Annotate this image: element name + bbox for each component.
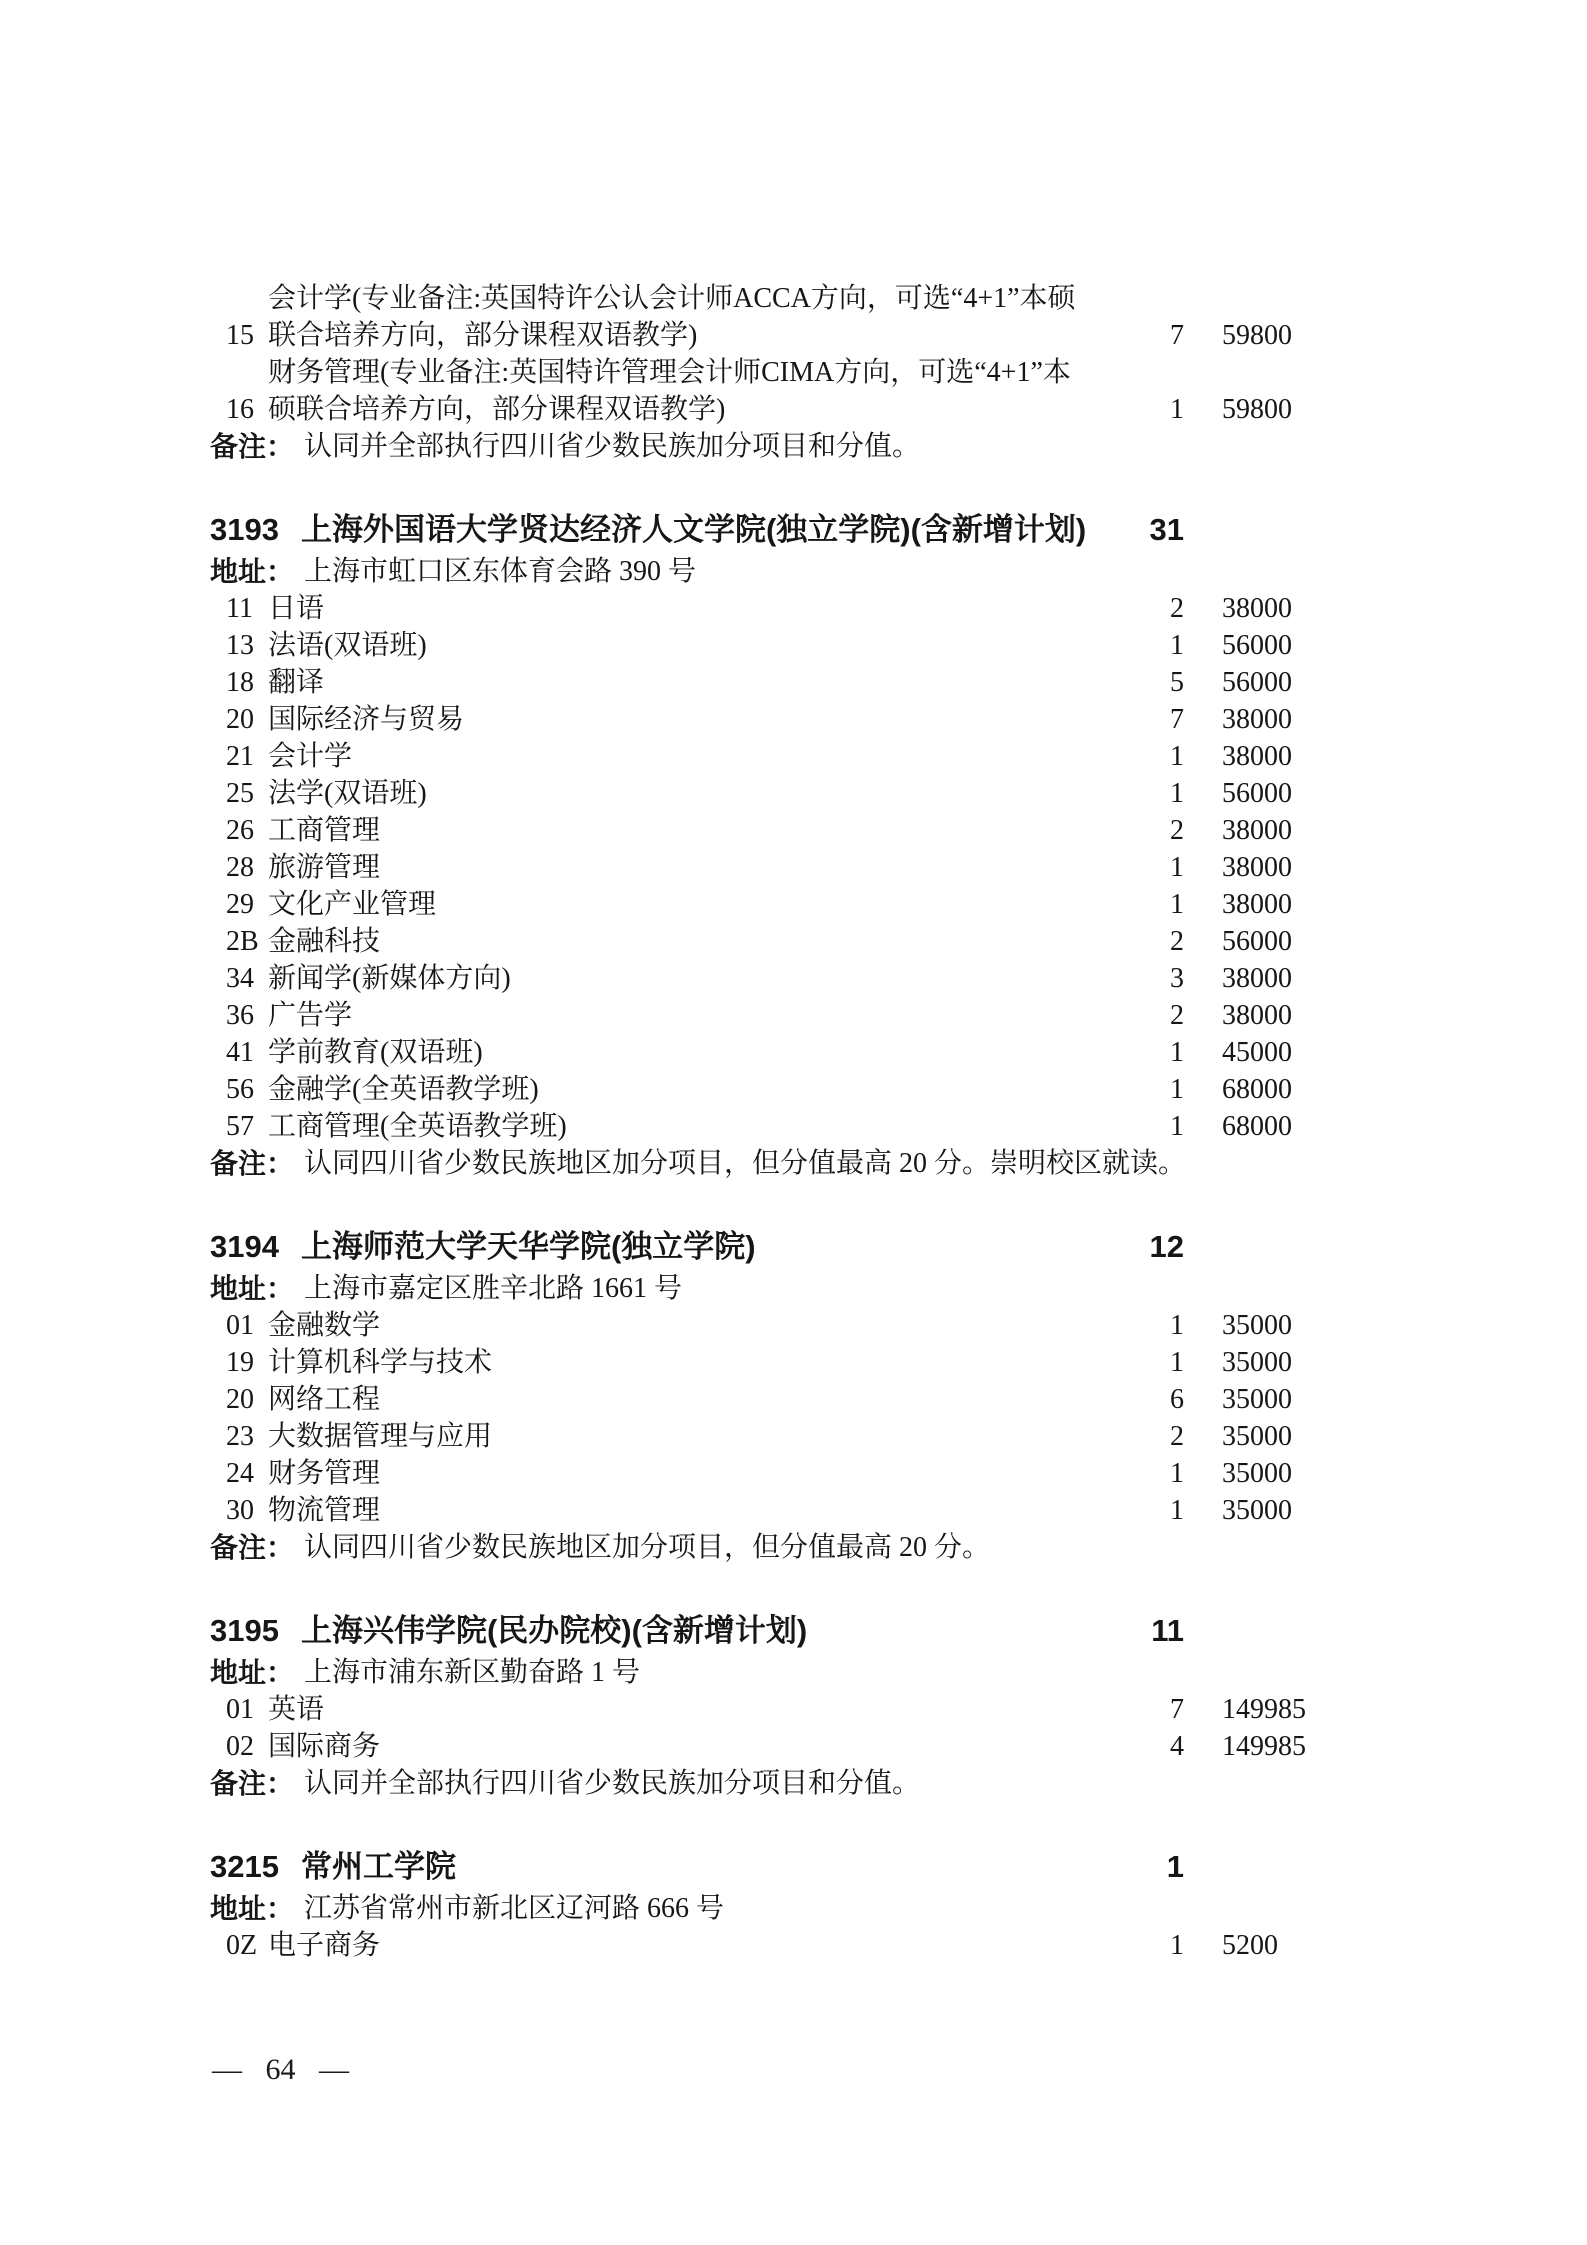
program-code: 26: [226, 812, 268, 849]
program-row: 36 广告学 2 38000: [210, 997, 1322, 1034]
program-name: 电子商务: [268, 1927, 1124, 1964]
program-plan-count: 1: [1124, 1034, 1184, 1071]
program-row: 02 国际商务 4 149985: [210, 1728, 1322, 1765]
program-tuition-fee: 35000: [1222, 1381, 1322, 1418]
page-footer: — 64 —: [212, 2052, 349, 2088]
program-code: 41: [226, 1034, 268, 1071]
section-note: 备注： 认同四川省少数民族地区加分项目，但分值最高 20 分。崇明校区就读。: [210, 1145, 1322, 1182]
address-text: 上海市嘉定区胜辛北路 1661 号: [304, 1270, 1322, 1307]
program-code: 02: [226, 1728, 268, 1765]
program-tuition-fee: 56000: [1222, 923, 1322, 960]
program-plan-count: 1: [1124, 1492, 1184, 1529]
program-code: 16: [226, 391, 268, 428]
program-code: 57: [226, 1108, 268, 1145]
program-plan-count: 2: [1124, 590, 1184, 627]
address-text: 上海市浦东新区勤奋路 1 号: [304, 1654, 1322, 1691]
section-code: 3215: [210, 1844, 279, 1890]
program-row: 20 国际经济与贸易 7 38000: [210, 701, 1322, 738]
program-code: 56: [226, 1071, 268, 1108]
program-plan-count: 2: [1124, 812, 1184, 849]
program-row: 26 工商管理 2 38000: [210, 812, 1322, 849]
university-section: 3193 上海外国语大学贤达经济人文学院(独立学院)(含新增计划) 31 地址：…: [210, 507, 1322, 1182]
program-row: 24 财务管理 1 35000: [210, 1455, 1322, 1492]
address-text: 江苏省常州市新北区辽河路 666 号: [304, 1890, 1322, 1927]
program-plan-count: 1: [1124, 1927, 1184, 1964]
note-label: 备注：: [210, 1529, 294, 1566]
note-text: 认同四川省少数民族地区加分项目，但分值最高 20 分。崇明校区就读。: [304, 1145, 1322, 1182]
program-code: 20: [226, 701, 268, 738]
program-code: 23: [226, 1418, 268, 1455]
program-plan-count: 1: [1124, 1344, 1184, 1381]
section-note: 备注： 认同四川省少数民族地区加分项目，但分值最高 20 分。: [210, 1529, 1322, 1566]
program-tuition-fee: 56000: [1222, 627, 1322, 664]
program-plan-count: 7: [1124, 317, 1184, 354]
program-tuition-fee: 56000: [1222, 664, 1322, 701]
program-tuition-fee: 38000: [1222, 849, 1322, 886]
program-row: 41 学前教育(双语班) 1 45000: [210, 1034, 1322, 1071]
program-plan-count: 6: [1124, 1381, 1184, 1418]
program-row: 18 翻译 5 56000: [210, 664, 1322, 701]
program-plan-count: 5: [1124, 664, 1184, 701]
section-total-plan-count: 31: [1124, 507, 1184, 553]
program-code: 0Z: [226, 1927, 268, 1964]
program-row: 57 工商管理(全英语教学班) 1 68000: [210, 1108, 1322, 1145]
section-code: 3195: [210, 1608, 279, 1654]
section-note: 备注： 认同并全部执行四川省少数民族加分项目和分值。: [210, 428, 1322, 465]
program-name: 金融数学: [268, 1307, 1124, 1344]
note-text: 认同并全部执行四川省少数民族加分项目和分值。: [304, 1765, 1322, 1802]
program-tuition-fee: 68000: [1222, 1071, 1322, 1108]
university-section: 3215 常州工学院 1 地址： 江苏省常州市新北区辽河路 666 号 0Z 电…: [210, 1844, 1322, 1964]
program-plan-count: 1: [1124, 1455, 1184, 1492]
program-name: 文化产业管理: [268, 886, 1124, 923]
program-plan-count: 1: [1124, 775, 1184, 812]
program-tuition-fee: 38000: [1222, 960, 1322, 997]
program-row: 15 会计学(专业备注:英国特许公认会计师ACCA方向，可选“4+1”本硕 联合…: [210, 280, 1322, 354]
program-plan-count: 1: [1124, 849, 1184, 886]
address-label: 地址：: [210, 1270, 294, 1307]
program-tuition-fee: 45000: [1222, 1034, 1322, 1071]
program-name: 计算机科学与技术: [268, 1344, 1124, 1381]
address-label: 地址：: [210, 1890, 294, 1927]
program-code: 19: [226, 1344, 268, 1381]
program-tuition-fee: 38000: [1222, 997, 1322, 1034]
program-plan-count: 2: [1124, 997, 1184, 1034]
program-code: 2B: [226, 923, 268, 960]
program-name: 翻译: [268, 664, 1124, 701]
program-row: 28 旅游管理 1 38000: [210, 849, 1322, 886]
address-label: 地址：: [210, 553, 294, 590]
program-code: 24: [226, 1455, 268, 1492]
note-text: 认同并全部执行四川省少数民族加分项目和分值。: [304, 428, 1322, 465]
program-plan-count: 7: [1124, 1691, 1184, 1728]
program-plan-count: 1: [1124, 886, 1184, 923]
section-name: 上海师范大学天华学院(独立学院): [301, 1224, 1124, 1270]
program-rows: 01 金融数学 1 35000 19 计算机科学与技术 1 35000 20 网…: [210, 1307, 1322, 1529]
program-row: 30 物流管理 1 35000: [210, 1492, 1322, 1529]
program-name: 会计学(专业备注:英国特许公认会计师ACCA方向，可选“4+1”本硕 联合培养方…: [268, 280, 1124, 354]
program-row: 19 计算机科学与技术 1 35000: [210, 1344, 1322, 1381]
program-row: 2B 金融科技 2 56000: [210, 923, 1322, 960]
program-tuition-fee: 38000: [1222, 590, 1322, 627]
program-code: 20: [226, 1381, 268, 1418]
program-name: 旅游管理: [268, 849, 1124, 886]
program-code: 18: [226, 664, 268, 701]
program-code: 29: [226, 886, 268, 923]
university-section: 15 会计学(专业备注:英国特许公认会计师ACCA方向，可选“4+1”本硕 联合…: [210, 280, 1322, 465]
program-row: 20 网络工程 6 35000: [210, 1381, 1322, 1418]
program-row: 01 英语 7 149985: [210, 1691, 1322, 1728]
program-name: 新闻学(新媒体方向): [268, 960, 1124, 997]
program-code: 30: [226, 1492, 268, 1529]
program-plan-count: 1: [1124, 627, 1184, 664]
program-row: 56 金融学(全英语教学班) 1 68000: [210, 1071, 1322, 1108]
section-code: 3194: [210, 1224, 279, 1270]
section-heading: 3194 上海师范大学天华学院(独立学院) 12: [210, 1224, 1322, 1270]
program-name: 工商管理: [268, 812, 1124, 849]
program-name: 日语: [268, 590, 1124, 627]
program-tuition-fee: 35000: [1222, 1344, 1322, 1381]
university-section: 3195 上海兴伟学院(民办院校)(含新增计划) 11 地址： 上海市浦东新区勤…: [210, 1608, 1322, 1802]
program-row: 29 文化产业管理 1 38000: [210, 886, 1322, 923]
section-total-plan-count: 12: [1124, 1224, 1184, 1270]
section-address: 地址： 上海市嘉定区胜辛北路 1661 号: [210, 1270, 1322, 1307]
program-name: 财务管理: [268, 1455, 1124, 1492]
program-rows: 0Z 电子商务 1 5200: [210, 1927, 1322, 1964]
note-text: 认同四川省少数民族地区加分项目，但分值最高 20 分。: [304, 1529, 1322, 1566]
program-name: 会计学: [268, 738, 1124, 775]
section-name: 上海外国语大学贤达经济人文学院(独立学院)(含新增计划): [301, 507, 1124, 553]
program-plan-count: 1: [1124, 738, 1184, 775]
program-name: 网络工程: [268, 1381, 1124, 1418]
program-tuition-fee: 38000: [1222, 738, 1322, 775]
program-name: 国际经济与贸易: [268, 701, 1124, 738]
program-name: 国际商务: [268, 1728, 1124, 1765]
program-tuition-fee: 35000: [1222, 1455, 1322, 1492]
program-tuition-fee: 38000: [1222, 812, 1322, 849]
section-name: 上海兴伟学院(民办院校)(含新增计划): [301, 1608, 1124, 1654]
program-rows: 01 英语 7 149985 02 国际商务 4 149985: [210, 1691, 1322, 1765]
program-plan-count: 2: [1124, 923, 1184, 960]
program-tuition-fee: 35000: [1222, 1492, 1322, 1529]
section-address: 地址： 上海市浦东新区勤奋路 1 号: [210, 1654, 1322, 1691]
program-name: 财务管理(专业备注:英国特许管理会计师CIMA方向，可选“4+1”本 硕联合培养…: [268, 354, 1124, 428]
section-total-plan-count: 11: [1124, 1608, 1184, 1654]
program-code: 36: [226, 997, 268, 1034]
program-code: 25: [226, 775, 268, 812]
program-name: 英语: [268, 1691, 1124, 1728]
program-tuition-fee: 5200: [1222, 1927, 1322, 1964]
program-plan-count: 7: [1124, 701, 1184, 738]
program-row: 16 财务管理(专业备注:英国特许管理会计师CIMA方向，可选“4+1”本 硕联…: [210, 354, 1322, 428]
program-plan-count: 2: [1124, 1418, 1184, 1455]
section-note: 备注： 认同并全部执行四川省少数民族加分项目和分值。: [210, 1765, 1322, 1802]
program-code: 01: [226, 1307, 268, 1344]
program-tuition-fee: 59800: [1222, 317, 1322, 354]
program-row: 0Z 电子商务 1 5200: [210, 1927, 1322, 1964]
program-code: 11: [226, 590, 268, 627]
program-plan-count: 1: [1124, 391, 1184, 428]
program-name: 广告学: [268, 997, 1124, 1034]
section-address: 地址： 江苏省常州市新北区辽河路 666 号: [210, 1890, 1322, 1927]
program-code: 21: [226, 738, 268, 775]
address-label: 地址：: [210, 1654, 294, 1691]
program-code: 13: [226, 627, 268, 664]
program-rows: 11 日语 2 38000 13 法语(双语班) 1 56000 18 翻译 5…: [210, 590, 1322, 1145]
program-row: 34 新闻学(新媒体方向) 3 38000: [210, 960, 1322, 997]
section-code: 3193: [210, 507, 279, 553]
program-row: 21 会计学 1 38000: [210, 738, 1322, 775]
program-name: 法学(双语班): [268, 775, 1124, 812]
program-plan-count: 1: [1124, 1307, 1184, 1344]
program-name: 物流管理: [268, 1492, 1124, 1529]
program-row: 25 法学(双语班) 1 56000: [210, 775, 1322, 812]
program-row: 13 法语(双语班) 1 56000: [210, 627, 1322, 664]
section-heading: 3193 上海外国语大学贤达经济人文学院(独立学院)(含新增计划) 31: [210, 507, 1322, 553]
note-label: 备注：: [210, 1145, 294, 1182]
university-section: 3194 上海师范大学天华学院(独立学院) 12 地址： 上海市嘉定区胜辛北路 …: [210, 1224, 1322, 1566]
program-tuition-fee: 35000: [1222, 1307, 1322, 1344]
program-name: 金融科技: [268, 923, 1124, 960]
address-text: 上海市虹口区东体育会路 390 号: [304, 553, 1322, 590]
program-code: 34: [226, 960, 268, 997]
program-tuition-fee: 35000: [1222, 1418, 1322, 1455]
admission-plan-list: 15 会计学(专业备注:英国特许公认会计师ACCA方向，可选“4+1”本硕 联合…: [210, 280, 1322, 1964]
program-name: 金融学(全英语教学班): [268, 1071, 1124, 1108]
section-address: 地址： 上海市虹口区东体育会路 390 号: [210, 553, 1322, 590]
page-number: — 64 —: [212, 2053, 349, 2086]
program-name: 法语(双语班): [268, 627, 1124, 664]
program-tuition-fee: 149985: [1222, 1691, 1322, 1728]
document-page: 15 会计学(专业备注:英国特许公认会计师ACCA方向，可选“4+1”本硕 联合…: [0, 0, 1587, 2245]
program-tuition-fee: 59800: [1222, 391, 1322, 428]
program-tuition-fee: 56000: [1222, 775, 1322, 812]
program-plan-count: 3: [1124, 960, 1184, 997]
program-name: 大数据管理与应用: [268, 1418, 1124, 1455]
section-heading: 3195 上海兴伟学院(民办院校)(含新增计划) 11: [210, 1608, 1322, 1654]
program-tuition-fee: 38000: [1222, 886, 1322, 923]
program-tuition-fee: 38000: [1222, 701, 1322, 738]
program-plan-count: 4: [1124, 1728, 1184, 1765]
section-total-plan-count: 1: [1124, 1844, 1184, 1890]
section-heading: 3215 常州工学院 1: [210, 1844, 1322, 1890]
program-tuition-fee: 68000: [1222, 1108, 1322, 1145]
program-code: 28: [226, 849, 268, 886]
program-plan-count: 1: [1124, 1108, 1184, 1145]
note-label: 备注：: [210, 428, 294, 465]
program-row: 11 日语 2 38000: [210, 590, 1322, 627]
program-tuition-fee: 149985: [1222, 1728, 1322, 1765]
program-code: 01: [226, 1691, 268, 1728]
program-plan-count: 1: [1124, 1071, 1184, 1108]
program-row: 23 大数据管理与应用 2 35000: [210, 1418, 1322, 1455]
program-name: 学前教育(双语班): [268, 1034, 1124, 1071]
note-label: 备注：: [210, 1765, 294, 1802]
program-row: 01 金融数学 1 35000: [210, 1307, 1322, 1344]
program-code: 15: [226, 317, 268, 354]
section-name: 常州工学院: [301, 1844, 1124, 1890]
program-rows: 15 会计学(专业备注:英国特许公认会计师ACCA方向，可选“4+1”本硕 联合…: [210, 280, 1322, 428]
program-name: 工商管理(全英语教学班): [268, 1108, 1124, 1145]
